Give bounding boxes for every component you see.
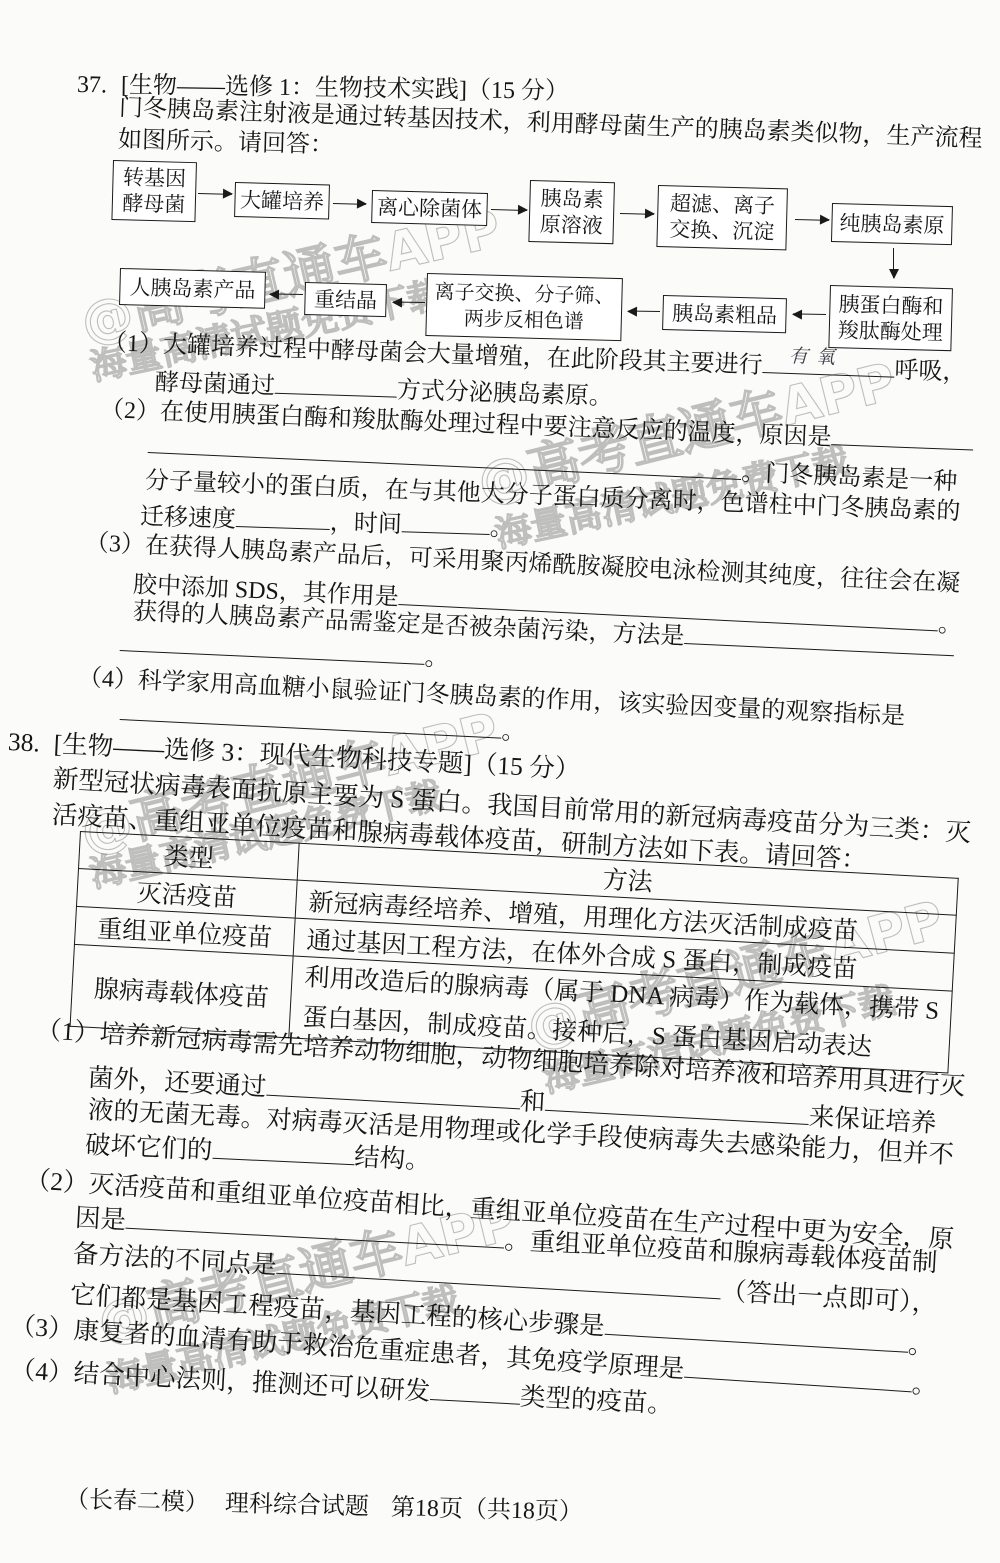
flow-node-enzyme-treatment: 胰蛋白酶和 羧肽酶处理 — [828, 285, 953, 351]
flow-node-ultrafiltration: 超滤、离子 交换、沉淀 — [656, 185, 788, 250]
answer-blank — [430, 1381, 521, 1405]
question-text: 。 — [424, 644, 449, 673]
question-number: 37. — [77, 71, 107, 99]
q37-intro-line2: 如图所示。请回答： — [118, 126, 335, 160]
exam-name: （长春二模） — [65, 1486, 210, 1518]
arrow-left-icon — [270, 293, 303, 295]
exam-page: @高考直通车APP 海量高清试题免费下载 @高考直通车APP 海量高清试题免费下… — [0, 0, 1000, 1563]
answer-blank — [236, 508, 331, 530]
flow-node-proinsulin-solution: 胰岛素 原溶液 — [528, 180, 615, 244]
flow-node-human-insulin-product: 人胰岛素产品 — [119, 268, 266, 309]
question-text: 。 — [911, 1370, 938, 1400]
arrow-down-icon — [893, 248, 894, 278]
page-number: 第18页（共18页） — [391, 1494, 584, 1527]
question-text: 。 — [501, 718, 526, 747]
arrow-right-icon — [795, 219, 829, 221]
answer-blank — [275, 375, 398, 398]
arrow-left-icon — [793, 313, 826, 315]
arrow-right-icon — [491, 209, 527, 211]
page-footer: （长春二模） 理科综合试题 第18页（共18页） — [65, 1486, 584, 1527]
flow-node-chromatography: 离子交换、分子筛、 两步反相色谱 — [425, 273, 623, 341]
arrow-left-icon — [628, 310, 660, 312]
answer-blank — [212, 1140, 355, 1165]
flow-node-transgenic-yeast: 转基因 酵母菌 — [111, 160, 197, 222]
question-text: 因是 — [74, 1204, 126, 1235]
question-text: 类型的疫苗。 — [519, 1383, 673, 1419]
question-text: 。 — [907, 1331, 934, 1360]
question-number: 38. — [7, 728, 40, 758]
question-text: 结构。 — [354, 1143, 432, 1174]
flow-node-recrystallization: 重结晶 — [304, 282, 387, 317]
arrow-right-icon — [198, 193, 232, 195]
answer-blank — [604, 1316, 909, 1353]
question-text: ，时间 — [329, 509, 402, 539]
question-text: 破坏它们的 — [84, 1131, 213, 1165]
answer-blank — [831, 426, 974, 450]
question-text: （答出一点即可）， — [720, 1277, 938, 1317]
question-text: 迁移速度 — [140, 503, 237, 534]
answer-blank — [402, 513, 491, 535]
question-text: 。 — [489, 514, 514, 543]
answer-blank — [684, 1359, 913, 1393]
question-text: 来保证培养 — [808, 1103, 937, 1138]
flow-node-tank-culture: 大罐培养 — [234, 182, 330, 219]
question-text: 呼吸， — [894, 357, 967, 387]
flow-node-crude-insulin: 胰岛素粗品 — [662, 295, 787, 333]
question-text: 方式分泌胰岛素原。 — [396, 377, 613, 412]
answer-blank: 有氧 — [762, 354, 895, 378]
flow-node-pure-proinsulin: 纯胰岛素原 — [831, 203, 953, 245]
question-text: 酵母菌通过 — [155, 369, 276, 401]
answer-blank — [266, 1077, 521, 1110]
flow-node-centrifuge: 离心除菌体 — [371, 190, 488, 226]
arrow-right-icon — [333, 203, 366, 205]
question-text: （4）结合中心法则，推测还可以研发 — [9, 1356, 431, 1406]
question-text: 和 — [519, 1087, 546, 1116]
question-text: 备方法的不同点是 — [72, 1240, 277, 1280]
subject-name: 理科综合试题 — [225, 1490, 370, 1522]
handwritten-answer: 有氧 — [788, 342, 843, 372]
arrow-left-icon — [393, 301, 425, 303]
arrow-right-icon — [620, 213, 654, 215]
